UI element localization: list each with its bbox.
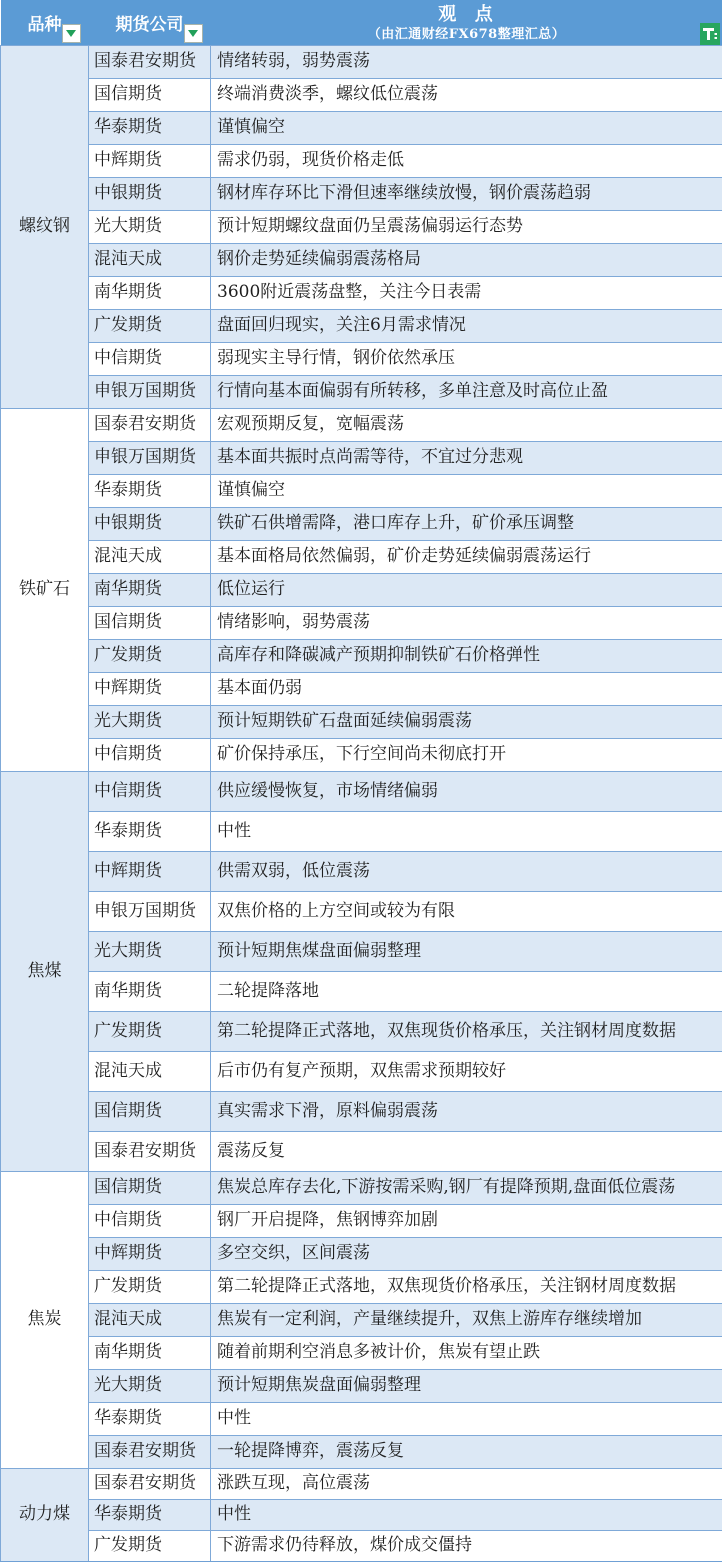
company-cell: 申银万国期货 — [89, 442, 211, 475]
table-row: 广发期货第二轮提降正式落地，双焦现货价格承压，关注钢材周度数据 — [1, 1271, 722, 1304]
variety-cell: 铁矿石 — [1, 409, 89, 772]
company-cell: 混沌天成 — [89, 541, 211, 574]
company-cell: 华泰期货 — [89, 1403, 211, 1436]
view-cell: 震荡反复 — [211, 1132, 722, 1172]
company-cell: 中辉期货 — [89, 852, 211, 892]
table-row: 螺纹钢国泰君安期货情绪转弱，弱势震荡 — [1, 46, 722, 79]
company-cell: 光大期货 — [89, 932, 211, 972]
view-cell: 谨慎偏空 — [211, 475, 722, 508]
company-cell: 中辉期货 — [89, 145, 211, 178]
company-cell: 南华期货 — [89, 574, 211, 607]
table-row: 广发期货下游需求仍待释放，煤价成交僵持 — [1, 1531, 722, 1562]
variety-header-label: 品种 — [28, 15, 62, 35]
company-cell: 国信期货 — [89, 1092, 211, 1132]
company-cell: 华泰期货 — [89, 475, 211, 508]
variety-header: 品种 — [1, 0, 89, 46]
table-row: 南华期货低位运行 — [1, 574, 722, 607]
view-cell: 随着前期利空消息多被计价，焦炭有望止跌 — [211, 1337, 722, 1370]
funnel-glyph — [702, 26, 718, 42]
company-cell: 中信期货 — [89, 739, 211, 772]
view-cell: 后市仍有复产预期，双焦需求预期较好 — [211, 1052, 722, 1092]
table-row: 中辉期货供需双弱，低位震荡 — [1, 852, 722, 892]
company-cell: 申银万国期货 — [89, 376, 211, 409]
view-cell: 二轮提降落地 — [211, 972, 722, 1012]
view-cell: 预计短期焦炭盘面偏弱整理 — [211, 1370, 722, 1403]
table-row: 南华期货随着前期利空消息多被计价，焦炭有望止跌 — [1, 1337, 722, 1370]
table-row: 华泰期货谨慎偏空 — [1, 112, 722, 145]
futures-opinions-screenshot: 品种 期货公司 观 点 （由汇通财经FX678整理汇总） — [0, 0, 722, 1562]
view-cell: 真实需求下滑，原料偏弱震荡 — [211, 1092, 722, 1132]
view-cell: 钢厂开启提降，焦钢博弈加剧 — [211, 1205, 722, 1238]
view-cell: 供应缓慢恢复，市场情绪偏弱 — [211, 772, 722, 812]
view-cell: 盘面回归现实，关注6月需求情况 — [211, 310, 722, 343]
company-cell: 混沌天成 — [89, 1052, 211, 1092]
company-cell: 南华期货 — [89, 1337, 211, 1370]
table-row: 混沌天成基本面格局依然偏弱，矿价走势延续偏弱震荡运行 — [1, 541, 722, 574]
company-cell: 南华期货 — [89, 972, 211, 1012]
variety-cell: 焦炭 — [1, 1172, 89, 1469]
view-header: 观 点 （由汇通财经FX678整理汇总） — [211, 0, 722, 46]
triangle-down-icon — [66, 30, 76, 37]
company-cell: 中辉期货 — [89, 1238, 211, 1271]
company-cell: 中信期货 — [89, 1205, 211, 1238]
table-row: 混沌天成焦炭有一定利润，产量继续提升，双焦上游库存继续增加 — [1, 1304, 722, 1337]
view-cell: 焦炭有一定利润，产量继续提升，双焦上游库存继续增加 — [211, 1304, 722, 1337]
table-row: 光大期货预计短期螺纹盘面仍呈震荡偏弱运行态势 — [1, 211, 722, 244]
view-cell: 基本面格局依然偏弱，矿价走势延续偏弱震荡运行 — [211, 541, 722, 574]
view-cell: 中性 — [211, 1500, 722, 1531]
company-cell: 混沌天成 — [89, 1304, 211, 1337]
variety-cell: 动力煤 — [1, 1469, 89, 1562]
company-cell: 华泰期货 — [89, 112, 211, 145]
view-cell: 谨慎偏空 — [211, 112, 722, 145]
table-row: 焦炭国信期货焦炭总库存去化,下游按需采购,钢厂有提降预期,盘面低位震荡 — [1, 1172, 722, 1205]
view-cell: 终端消费淡季，螺纹低位震荡 — [211, 79, 722, 112]
company-cell: 中银期货 — [89, 508, 211, 541]
table-row: 华泰期货中性 — [1, 812, 722, 852]
view-cell: 预计短期焦煤盘面偏弱整理 — [211, 932, 722, 972]
view-cell: 第二轮提降正式落地，双焦现货价格承压，关注钢材周度数据 — [211, 1012, 722, 1052]
company-cell: 广发期货 — [89, 1271, 211, 1304]
company-cell: 中信期货 — [89, 343, 211, 376]
company-cell: 华泰期货 — [89, 1500, 211, 1531]
table-row: 动力煤国泰君安期货涨跌互现，高位震荡 — [1, 1469, 722, 1500]
view-cell: 第二轮提降正式落地，双焦现货价格承压，关注钢材周度数据 — [211, 1271, 722, 1304]
view-cell: 矿价保持承压，下行空间尚未彻底打开 — [211, 739, 722, 772]
view-cell: 多空交织，区间震荡 — [211, 1238, 722, 1271]
view-cell: 需求仍弱，现货价格走低 — [211, 145, 722, 178]
table-row: 光大期货预计短期铁矿石盘面延续偏弱震荡 — [1, 706, 722, 739]
header-row: 品种 期货公司 观 点 （由汇通财经FX678整理汇总） — [1, 0, 722, 46]
table-row: 中银期货铁矿石供增需降，港口库存上升，矿价承压调整 — [1, 508, 722, 541]
table-row: 中辉期货多空交织，区间震荡 — [1, 1238, 722, 1271]
variety-filter-dropdown[interactable] — [62, 24, 81, 43]
table-row: 国泰君安期货一轮提降博弈，震荡反复 — [1, 1436, 722, 1469]
company-filter-dropdown[interactable] — [184, 24, 203, 43]
company-cell: 光大期货 — [89, 211, 211, 244]
company-cell: 广发期货 — [89, 310, 211, 343]
view-cell: 情绪转弱，弱势震荡 — [211, 46, 722, 79]
view-header-label: 观 点 — [211, 3, 722, 27]
view-cell: 行情向基本面偏弱有所转移，多单注意及时高位止盈 — [211, 376, 722, 409]
company-cell: 中辉期货 — [89, 673, 211, 706]
company-cell: 南华期货 — [89, 277, 211, 310]
view-cell: 情绪影响，弱势震荡 — [211, 607, 722, 640]
company-cell: 国泰君安期货 — [89, 409, 211, 442]
table-row: 光大期货预计短期焦炭盘面偏弱整理 — [1, 1370, 722, 1403]
company-cell: 广发期货 — [89, 1012, 211, 1052]
filter-funnel-icon[interactable] — [700, 23, 720, 45]
view-cell: 预计短期铁矿石盘面延续偏弱震荡 — [211, 706, 722, 739]
view-cell: 基本面共振时点尚需等待，不宜过分悲观 — [211, 442, 722, 475]
view-cell: 3600附近震荡盘整，关注今日表需 — [211, 277, 722, 310]
table-row: 中辉期货需求仍弱，现货价格走低 — [1, 145, 722, 178]
table-row: 焦煤中信期货供应缓慢恢复，市场情绪偏弱 — [1, 772, 722, 812]
view-cell: 基本面仍弱 — [211, 673, 722, 706]
variety-cell: 螺纹钢 — [1, 46, 89, 409]
view-cell: 钢价走势延续偏弱震荡格局 — [211, 244, 722, 277]
company-cell: 国泰君安期货 — [89, 1436, 211, 1469]
table-row: 国信期货情绪影响，弱势震荡 — [1, 607, 722, 640]
view-cell: 低位运行 — [211, 574, 722, 607]
table-row: 国信期货终端消费淡季，螺纹低位震荡 — [1, 79, 722, 112]
view-header-subtitle: （由汇通财经FX678整理汇总） — [211, 27, 722, 43]
view-cell: 下游需求仍待释放，煤价成交僵持 — [211, 1531, 722, 1562]
opinions-table: 品种 期货公司 观 点 （由汇通财经FX678整理汇总） — [0, 0, 722, 1562]
view-cell: 焦炭总库存去化,下游按需采购,钢厂有提降预期,盘面低位震荡 — [211, 1172, 722, 1205]
table-row: 铁矿石国泰君安期货宏观预期反复，宽幅震荡 — [1, 409, 722, 442]
company-cell: 光大期货 — [89, 1370, 211, 1403]
company-cell: 光大期货 — [89, 706, 211, 739]
company-cell: 国信期货 — [89, 607, 211, 640]
table-row: 申银万国期货基本面共振时点尚需等待，不宜过分悲观 — [1, 442, 722, 475]
company-header: 期货公司 — [89, 0, 211, 46]
view-cell: 弱现实主导行情，钢价依然承压 — [211, 343, 722, 376]
table-row: 华泰期货中性 — [1, 1500, 722, 1531]
table-row: 中信期货弱现实主导行情，钢价依然承压 — [1, 343, 722, 376]
view-cell: 中性 — [211, 812, 722, 852]
view-cell: 铁矿石供增需降，港口库存上升，矿价承压调整 — [211, 508, 722, 541]
table-row: 申银万国期货行情向基本面偏弱有所转移，多单注意及时高位止盈 — [1, 376, 722, 409]
table-row: 中信期货矿价保持承压，下行空间尚未彻底打开 — [1, 739, 722, 772]
table-row: 中信期货钢厂开启提降，焦钢博弈加剧 — [1, 1205, 722, 1238]
table-row: 华泰期货中性 — [1, 1403, 722, 1436]
table-row: 国泰君安期货震荡反复 — [1, 1132, 722, 1172]
company-cell: 国泰君安期货 — [89, 46, 211, 79]
view-cell: 预计短期螺纹盘面仍呈震荡偏弱运行态势 — [211, 211, 722, 244]
view-cell: 钢材库存环比下滑但速率继续放慢，钢价震荡趋弱 — [211, 178, 722, 211]
view-cell: 高库存和降碳减产预期抑制铁矿石价格弹性 — [211, 640, 722, 673]
table-body: 螺纹钢国泰君安期货情绪转弱，弱势震荡国信期货终端消费淡季，螺纹低位震荡华泰期货谨… — [1, 46, 722, 1562]
company-cell: 广发期货 — [89, 1531, 211, 1562]
company-cell: 混沌天成 — [89, 244, 211, 277]
view-cell: 宏观预期反复，宽幅震荡 — [211, 409, 722, 442]
table-row: 南华期货3600附近震荡盘整，关注今日表需 — [1, 277, 722, 310]
company-cell: 中信期货 — [89, 772, 211, 812]
view-cell: 一轮提降博弈，震荡反复 — [211, 1436, 722, 1469]
table-row: 混沌天成钢价走势延续偏弱震荡格局 — [1, 244, 722, 277]
table-row: 申银万国期货双焦价格的上方空间或较为有限 — [1, 892, 722, 932]
view-cell: 涨跌互现，高位震荡 — [211, 1469, 722, 1500]
triangle-down-icon — [188, 30, 198, 37]
table-row: 中银期货钢材库存环比下滑但速率继续放慢，钢价震荡趋弱 — [1, 178, 722, 211]
view-cell: 双焦价格的上方空间或较为有限 — [211, 892, 722, 932]
table-row: 国信期货真实需求下滑，原料偏弱震荡 — [1, 1092, 722, 1132]
company-header-label: 期货公司 — [116, 15, 184, 35]
table-row: 华泰期货谨慎偏空 — [1, 475, 722, 508]
table-row: 广发期货高库存和降碳减产预期抑制铁矿石价格弹性 — [1, 640, 722, 673]
table-row: 南华期货二轮提降落地 — [1, 972, 722, 1012]
table-row: 广发期货第二轮提降正式落地，双焦现货价格承压，关注钢材周度数据 — [1, 1012, 722, 1052]
table-row: 广发期货盘面回归现实，关注6月需求情况 — [1, 310, 722, 343]
variety-cell: 焦煤 — [1, 772, 89, 1172]
company-cell: 国信期货 — [89, 1172, 211, 1205]
company-cell: 广发期货 — [89, 640, 211, 673]
company-cell: 国泰君安期货 — [89, 1132, 211, 1172]
company-cell: 申银万国期货 — [89, 892, 211, 932]
table-row: 中辉期货基本面仍弱 — [1, 673, 722, 706]
company-cell: 国信期货 — [89, 79, 211, 112]
company-cell: 中银期货 — [89, 178, 211, 211]
view-cell: 中性 — [211, 1403, 722, 1436]
company-cell: 华泰期货 — [89, 812, 211, 852]
view-cell: 供需双弱，低位震荡 — [211, 852, 722, 892]
table-row: 光大期货预计短期焦煤盘面偏弱整理 — [1, 932, 722, 972]
company-cell: 国泰君安期货 — [89, 1469, 211, 1500]
table-row: 混沌天成后市仍有复产预期，双焦需求预期较好 — [1, 1052, 722, 1092]
